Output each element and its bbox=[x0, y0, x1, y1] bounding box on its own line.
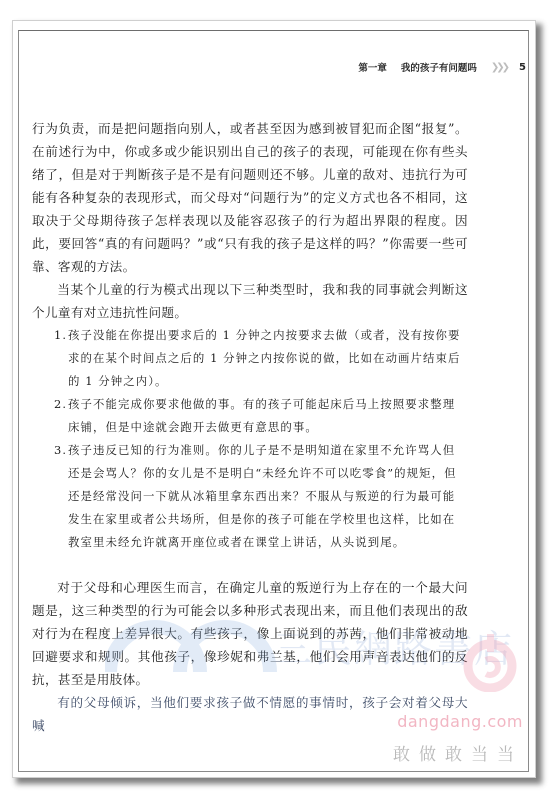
chapter-title: 我的孩子有问题吗 bbox=[401, 60, 477, 74]
chapter-label: 第一章 bbox=[358, 60, 387, 74]
list-number: 2. bbox=[54, 393, 67, 416]
page-number: 5 bbox=[519, 62, 526, 73]
behavior-type-list: 1. 孩子没能在你提出要求后的 1 分钟之内按要求去做（或者，没有按你要求的在某… bbox=[32, 324, 468, 554]
dangdang-logo-icon bbox=[460, 632, 520, 692]
watermark-url: dangdang.com bbox=[397, 712, 523, 731]
paragraph-continued: 行为负责，而是把问题指向别人，或者甚至因为感到被冒犯而企图“报复”。在前述行为中… bbox=[32, 117, 468, 278]
list-item: 1. 孩子没能在你提出要求后的 1 分钟之内按要求去做（或者，没有按你要求的在某… bbox=[32, 324, 468, 393]
running-header: 第一章 我的孩子有问题吗 ❯❯❯ 5 bbox=[358, 59, 526, 75]
list-number: 3. bbox=[54, 439, 67, 462]
list-text: 孩子不能完成你要求他做的事。有的孩子可能起床后马上按照要求整理床铺，但是中途就会… bbox=[68, 397, 455, 434]
list-number: 1. bbox=[54, 324, 67, 347]
section-gap bbox=[32, 554, 468, 576]
list-text: 孩子没能在你提出要求后的 1 分钟之内按要求去做（或者，没有按你要求的在某个时间… bbox=[68, 328, 461, 388]
list-text: 孩子违反已知的行为准则。你的儿子是不是明知道在家里不允许骂人但还是会骂人？你的女… bbox=[68, 443, 457, 549]
list-item: 3. 孩子违反已知的行为准则。你的儿子是不是明知道在家里不允许骂人但还是会骂人？… bbox=[32, 439, 468, 554]
list-item: 2. 孩子不能完成你要求他做的事。有的孩子可能起床后马上按照要求整理床铺，但是中… bbox=[32, 393, 468, 439]
triple-chevron-icon: ❯❯❯ bbox=[491, 62, 507, 73]
watermark-slogan: 敢做敢当当 bbox=[393, 740, 523, 765]
paragraph-intro-list: 当某个儿童的行为模式出现以下三种类型时，我和我的同事就会判断这个儿童有对立违抗性… bbox=[32, 278, 468, 324]
